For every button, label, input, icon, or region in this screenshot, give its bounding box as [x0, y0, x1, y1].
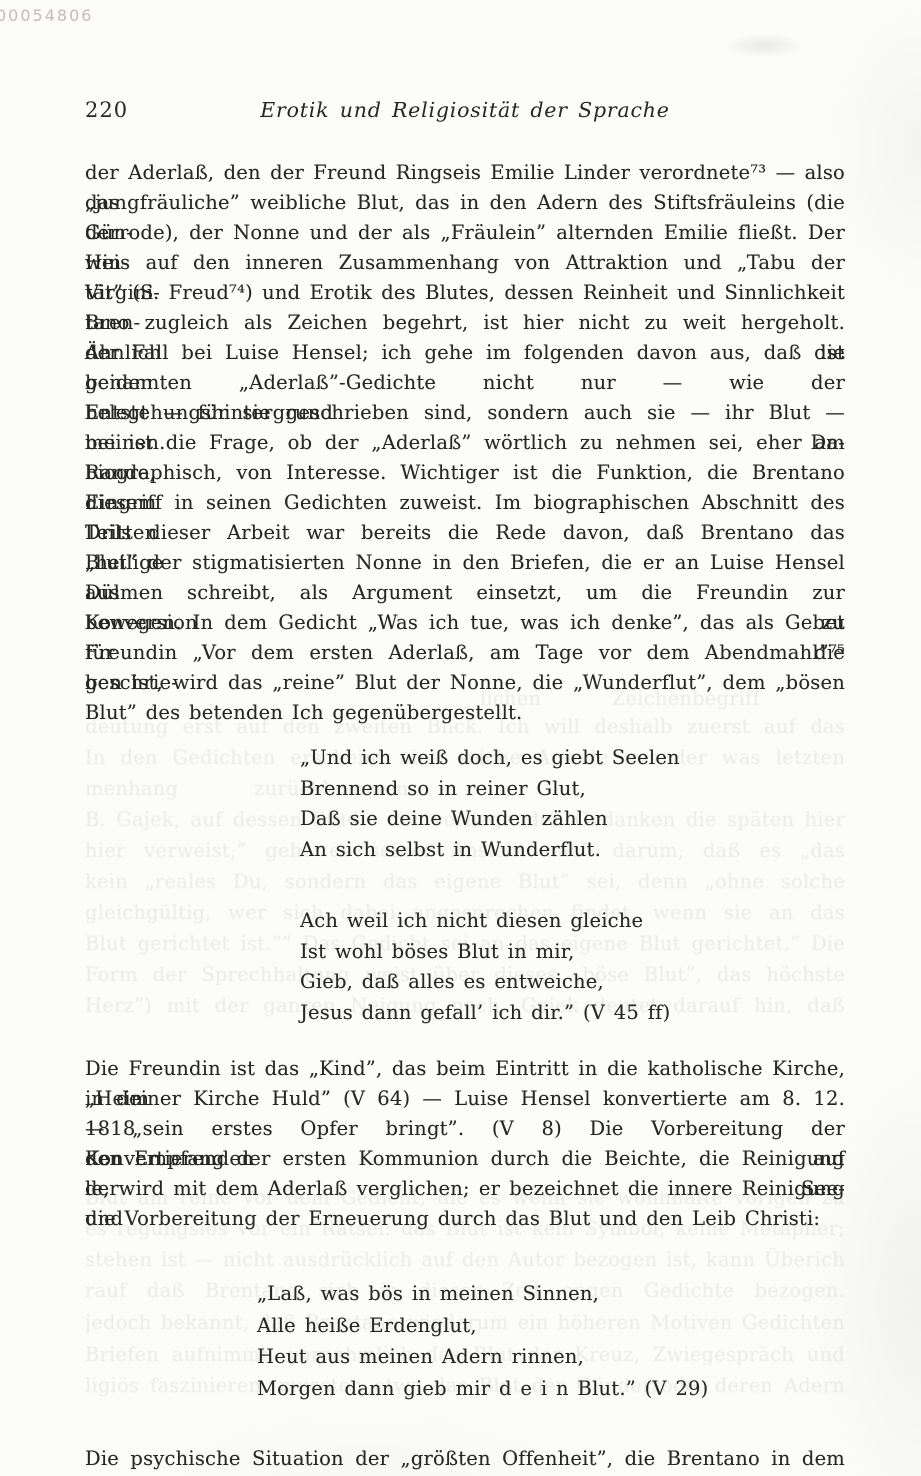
verse-line: Alle heiße Erdenglut,	[257, 1310, 845, 1342]
text-line: genannten „Aderlaß”-Gedichte nicht nur —…	[85, 368, 845, 398]
text-line: Dülmen schreibt, als Argument einsetzt, …	[85, 578, 845, 608]
text-line: Die psychische Situation der „größten Of…	[85, 1444, 845, 1474]
verse-line: Morgen dann gieb mir d e i n Blut.” (V 2…	[257, 1373, 845, 1405]
poem-1: „Und ich weiß doch, es giebt SeelenBrenn…	[300, 743, 845, 1028]
text-line: Blut” der stigmatisierten Nonne in den B…	[85, 548, 845, 578]
text-line: in deiner Kirche Huld” (V 64) — Luise He…	[85, 1084, 845, 1114]
poem-1-stanza-1: „Und ich weiß doch, es giebt SeelenBrenn…	[300, 743, 845, 865]
text-line: belegt — für sie geschrieben sind, sonde…	[85, 398, 845, 428]
text-line: die Vorbereitung der Erneuerung durch da…	[85, 1204, 845, 1234]
text-line: ben ist, wird das „reine” Blut der Nonne…	[85, 668, 845, 698]
paragraph-3: Die psychische Situation der „größten Of…	[85, 1444, 845, 1474]
text-line: — „sein erstes Opfer bringt”. (V 8) Die …	[85, 1114, 845, 1144]
text-line: Eingriff in seinen Gedichten zuweist. Im…	[85, 488, 845, 518]
verse-line: Ist wohl böses Blut in mir,	[300, 937, 845, 968]
text-line: Blut” des betenden Ich gegenübergestellt…	[85, 698, 845, 728]
text-line: Freundin „Vor dem ersten Aderlaß, am Tag…	[85, 638, 845, 668]
verse-line: Brennend so in reiner Glut,	[300, 774, 845, 805]
verse-line: Heut aus meinen Adern rinnen,	[257, 1341, 845, 1373]
text-line: der Aderlaß, den der Freund Ringseis Emi…	[85, 158, 845, 188]
text-line: le, wird mit dem Aderlaß verglichen; er …	[85, 1174, 845, 1204]
verse-line: An sich selbst in Wunderflut.	[300, 835, 845, 866]
poem-2-stanza: „Laß, was bös in meinen Sinnen,Alle heiß…	[257, 1278, 845, 1404]
text-line: derrode), der Nonne und der als „Fräulei…	[85, 218, 845, 248]
verse-line: Ach weil ich nicht diesen gleiche	[300, 906, 845, 937]
paragraph-1: der Aderlaß, den der Freund Ringseis Emi…	[85, 158, 845, 728]
poem-2: „Laß, was bös in meinen Sinnen,Alle heiß…	[257, 1278, 845, 1404]
poem-1-stanza-2: Ach weil ich nicht diesen gleicheIst woh…	[300, 906, 845, 1028]
text-line: Teils dieser Arbeit war bereits die Rede…	[85, 518, 845, 548]
verse-line: „Laß, was bös in meinen Sinnen,	[257, 1278, 845, 1310]
verse-line: Jesus dann gefall’ ich dir.” (V 45 ff)	[300, 998, 845, 1029]
text-line: den Empfang der ersten Kommunion durch d…	[85, 1144, 845, 1174]
verse-line: Daß sie deine Wunden zählen	[300, 804, 845, 835]
text-line: tano zugleich als Zeichen begehrt, ist h…	[85, 308, 845, 338]
text-line: der Fall bei Luise Hensel; ich gehe im f…	[85, 338, 845, 368]
text-block: der Aderlaß, den der Freund Ringseis Emi…	[85, 158, 845, 1474]
text-line: bei ist die Frage, ob der „Aderlaß” wört…	[85, 428, 845, 458]
text-line: biographisch, von Interesse. Wichtiger i…	[85, 458, 845, 488]
text-line: weis auf den inneren Zusammenhang von At…	[85, 248, 845, 278]
text-line: „jungfräuliche” weibliche Blut, das in d…	[85, 188, 845, 218]
scanned-book-page: lichen Zeichenbegriff höher spdeutung er…	[0, 0, 921, 1476]
verse-line: „Und ich weiß doch, es giebt Seelen	[300, 743, 845, 774]
text-line: Die Freundin ist das „Kind”, das beim Ei…	[85, 1054, 845, 1084]
verse-line: Gieb, daß alles es entweiche,	[300, 967, 845, 998]
text-line: tät” (S. Freud⁷⁴) und Erotik des Blutes,…	[85, 278, 845, 308]
text-line: bewegen. In dem Gedicht „Was ich tue, wa…	[85, 608, 845, 638]
paragraph-2: Die Freundin ist das „Kind”, das beim Ei…	[85, 1054, 845, 1234]
